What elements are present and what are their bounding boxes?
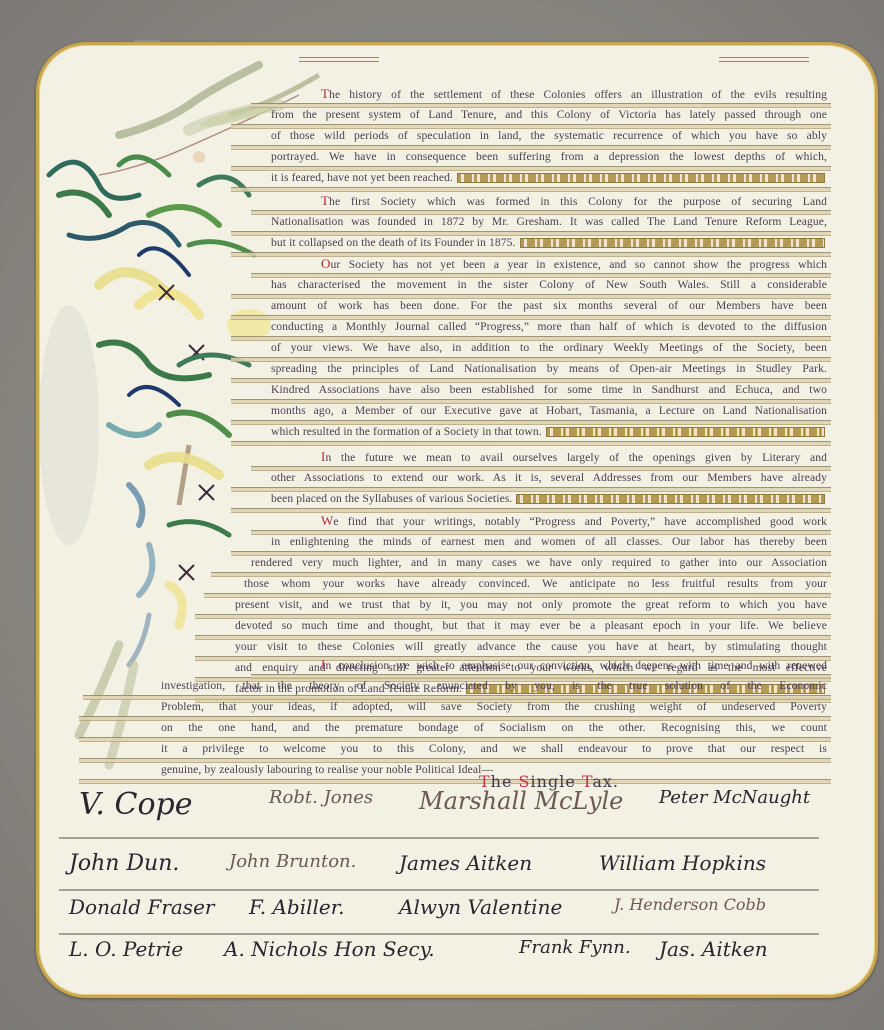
signature: Marshall McLyle: [419, 787, 623, 815]
address-line: in enlightening the minds of earnest men…: [271, 535, 827, 549]
address-line: Our Society has not yet been a year in e…: [321, 257, 827, 272]
address-line: In conclusion we wish to emphasise our c…: [321, 658, 827, 673]
signature: William Hopkins: [599, 851, 766, 875]
address-line: spreading the principles of Land Nationa…: [271, 362, 827, 376]
line-filler-ornament: [516, 494, 825, 504]
address-line: devoted so much time and thought, but th…: [235, 619, 827, 633]
signature: Jas. Aitken: [659, 937, 768, 961]
address-line: portrayed. We have in consequence been s…: [271, 150, 827, 164]
address-line: investigation, that the theory of Societ…: [161, 679, 827, 693]
address-line: The history of the settlement of these C…: [321, 87, 827, 102]
address-line: but it collapsed on the death of its Fou…: [271, 236, 825, 250]
initial-capital: W: [321, 513, 333, 528]
signature: Frank Fynn.: [519, 937, 631, 958]
address-line: been placed on the Syllabuses of various…: [271, 492, 825, 506]
signature: A. Nichols Hon Secy.: [224, 937, 435, 961]
address-line: The first Society which was formed in th…: [321, 194, 827, 209]
signature: James Aitken: [399, 851, 532, 875]
address-line: We find that your writings, notably “Pro…: [321, 514, 827, 529]
illuminated-address-page: The history of the settlement of these C…: [36, 42, 878, 998]
initial-capital: I: [321, 449, 325, 464]
line-filler-ornament: [520, 238, 825, 248]
signature-line: [59, 933, 819, 935]
signature: Alwyn Valentine: [399, 895, 562, 919]
address-line: of your views. We have also, in addition…: [271, 341, 827, 355]
address-line: Problem, that your ideas, if adopted, wi…: [161, 700, 827, 714]
address-line: conducting a Monthly Journal called “Pro…: [271, 320, 827, 334]
address-line: Nationalisation was founded in 1872 by M…: [271, 215, 827, 229]
signature: J. Henderson Cobb: [614, 895, 766, 914]
signature: Peter McNaught: [659, 787, 810, 808]
address-line: those whom your works have already convi…: [244, 577, 827, 591]
initial-capital: O: [321, 256, 331, 271]
ruled-line: [231, 441, 831, 446]
address-line: on the one hand, and the premature bonda…: [161, 721, 827, 735]
signature: Robt. Jones: [269, 787, 373, 808]
address-line: it a privilege to welcome you to this Co…: [161, 742, 827, 756]
address-line: your visit to these Colonies will greatl…: [235, 640, 827, 654]
signature: John Dun.: [69, 851, 179, 876]
title-ornament-left: [299, 57, 379, 62]
line-filler-ornament: [546, 427, 825, 437]
signature: F. Abiller.: [249, 895, 344, 919]
address-line: which resulted in the formation of a Soc…: [271, 425, 825, 439]
line-filler-ornament: [457, 173, 825, 183]
address-line: other Associations to extend our work. A…: [271, 471, 827, 485]
address-line: rendered very much lighter, and in many …: [251, 556, 827, 570]
address-line: amount of work has been done. For the pa…: [271, 299, 827, 313]
address-line: In the future we mean to avail ourselves…: [321, 450, 827, 465]
title-ornament-right: [719, 57, 809, 62]
initial-capital: T: [321, 193, 329, 208]
initial-capital: T: [321, 86, 329, 101]
initial-capital: I: [321, 657, 325, 672]
signature: L. O. Petrie: [69, 937, 183, 961]
signature: Donald Fraser: [69, 895, 214, 919]
address-line: from the present system of Land Tenure, …: [271, 108, 827, 122]
address-line: of those wild periods of speculation in …: [271, 129, 827, 143]
address-line: has characterised the movement in the si…: [271, 278, 827, 292]
signature: V. Cope: [79, 787, 192, 822]
signature: John Brunton.: [229, 851, 356, 872]
address-line: Kindred Associations have also been esta…: [271, 383, 827, 397]
signature-line: [59, 889, 819, 891]
ruled-line: [231, 187, 831, 192]
address-line: months ago, a Member of our Executive ga…: [271, 404, 827, 418]
address-line: it is feared, have not yet been reached.: [271, 171, 825, 185]
signature-line: [59, 837, 819, 839]
address-line: present visit, and we trust that by it, …: [235, 598, 827, 612]
